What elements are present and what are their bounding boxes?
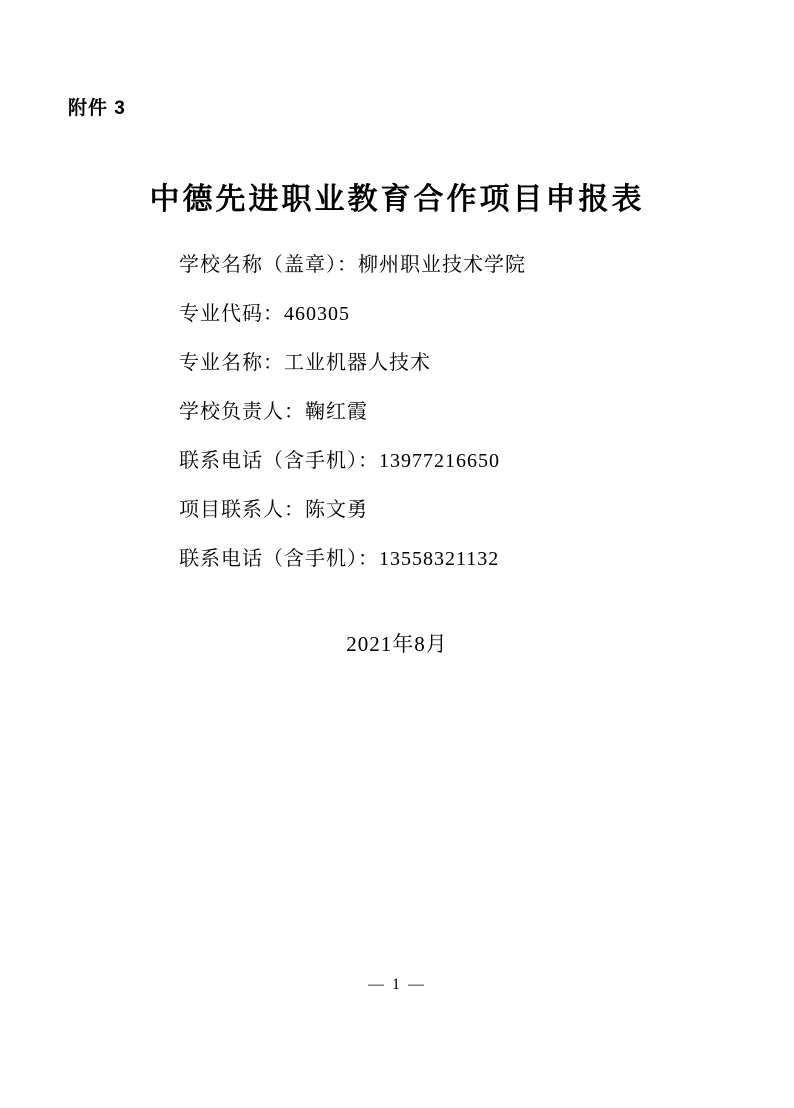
field-contact-phone-value: 13558321132 [379,548,499,570]
field-major-code-value: 460305 [284,303,350,325]
attachment-label: 附件 3 [68,93,126,120]
field-major-code-label: 专业代码： [179,303,284,325]
field-major-name-value: 工业机器人技术 [284,352,431,374]
field-school-leader: 学校负责人：鞠红霞 [179,399,526,425]
document-date: 2021年8月 [0,628,794,658]
field-school-name: 学校名称（盖章）：柳州职业技术学院 [179,252,526,278]
field-leader-phone-value: 13977216650 [379,450,500,472]
field-school-leader-label: 学校负责人： [179,401,305,423]
page-number: — 1 — [0,976,794,994]
fields-block: 学校名称（盖章）：柳州职业技术学院 专业代码：460305 专业名称：工业机器人… [179,252,526,595]
field-project-contact-value: 陈文勇 [305,499,368,521]
field-school-name-value: 柳州职业技术学院 [358,254,526,276]
field-major-code: 专业代码：460305 [179,301,526,327]
field-project-contact-label: 项目联系人： [179,499,305,521]
field-project-contact: 项目联系人：陈文勇 [179,497,526,523]
field-school-leader-value: 鞠红霞 [305,401,368,423]
field-contact-phone: 联系电话（含手机）：13558321132 [179,546,526,572]
document-title: 中德先进职业教育合作项目申报表 [0,174,794,218]
field-leader-phone: 联系电话（含手机）：13977216650 [179,448,526,474]
field-school-name-label: 学校名称（盖章）： [179,254,358,276]
field-contact-phone-label: 联系电话（含手机）： [179,548,379,570]
field-leader-phone-label: 联系电话（含手机）： [179,450,379,472]
document-page: 附件 3 中德先进职业教育合作项目申报表 学校名称（盖章）：柳州职业技术学院 专… [0,0,794,1108]
field-major-name: 专业名称：工业机器人技术 [179,350,526,376]
field-major-name-label: 专业名称： [179,352,284,374]
